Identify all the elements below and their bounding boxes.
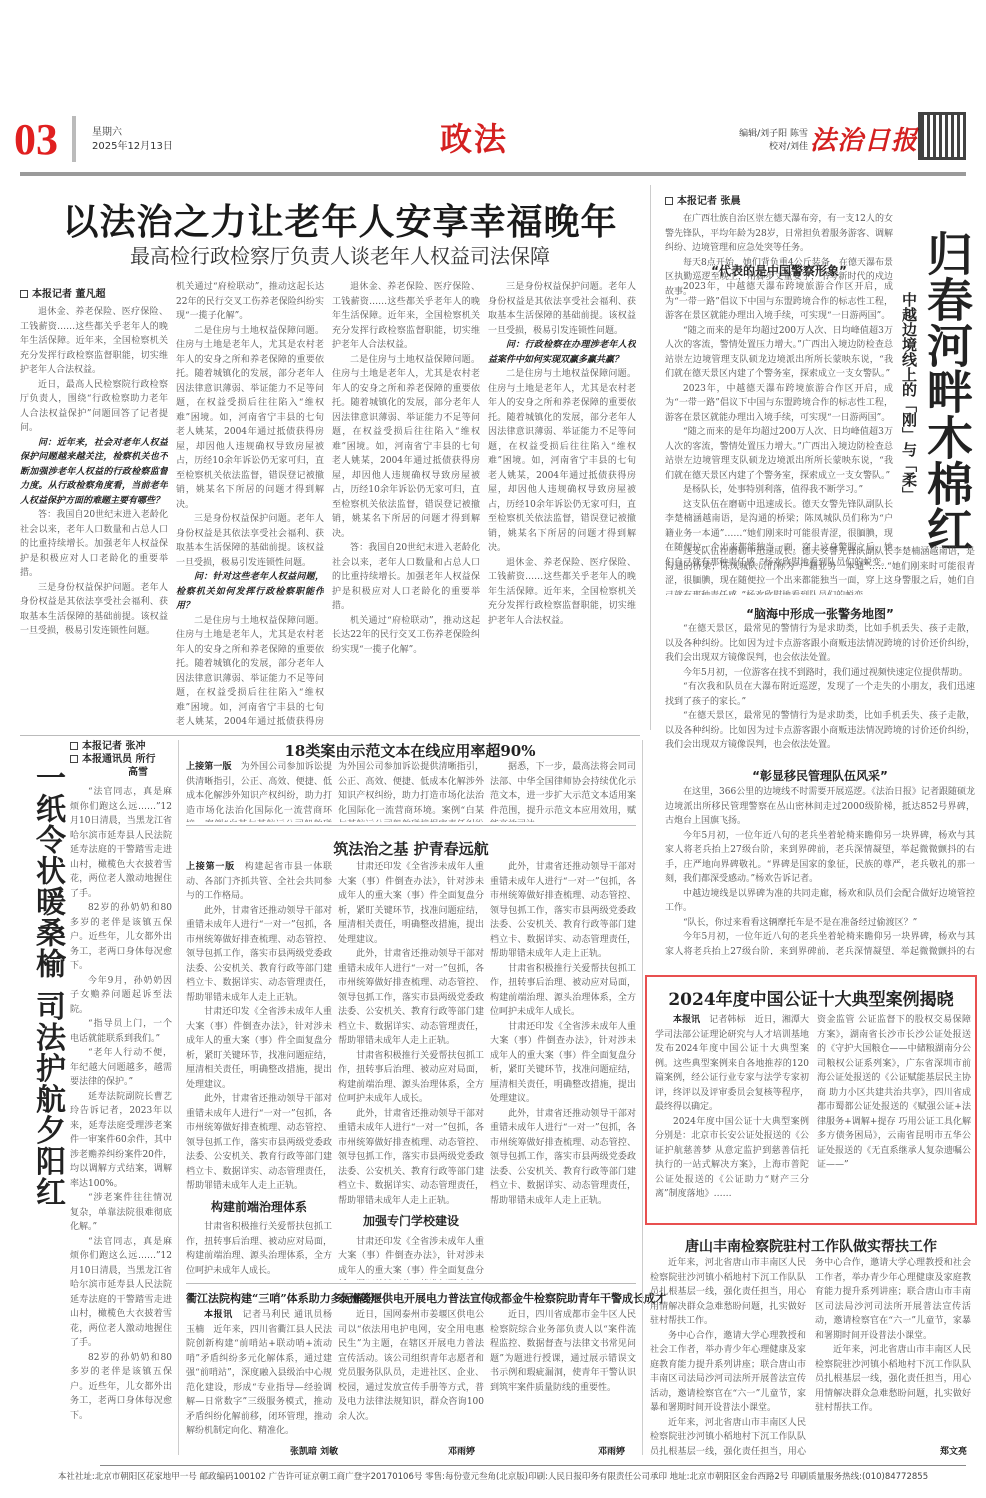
- interview-question: 问：针对这些老年人权益问题，检察机关如何发挥行政检察职能作用？: [176, 570, 324, 614]
- notary-title: 2024年度中国公证十大典型案例揭晓: [647, 985, 975, 1010]
- column-divider: [178, 740, 179, 1455]
- page-number-divider: [72, 116, 76, 162]
- byline-box-icon: [70, 742, 78, 750]
- interview-question: 问：行政检察在办理涉老年人权益案件中如何实现双赢多赢共赢？: [488, 338, 636, 367]
- youth-col-2: 甘肃还印发《全省涉未成年人重大案（事）件倒查办法》，针对涉未成年人的重大案（事）…: [338, 860, 484, 1280]
- border-section-3-title: “彰显移民管理队伍风采”: [665, 767, 975, 784]
- tangshan-title: 唐山丰南检察院驻村工作队做实帮扶工作: [645, 1236, 977, 1256]
- editor-credits: 编辑/刘子阳 陈雪 校对/刘佳: [690, 128, 808, 154]
- editors: 编辑/刘子阳 陈雪: [690, 128, 808, 141]
- section-divider: [186, 825, 636, 826]
- border-byline: 本报记者 张晨: [665, 192, 740, 207]
- lead-column-2: 机关通过“府检联动”，推动这起长达22年的民行交叉工伤养老保险纠纷实现“一揽子化…: [176, 280, 324, 730]
- notary-col-2: 资金监管 公证监督下的股权交易保障方案》，湖南省长沙市长沙公证处报送的《守护大国…: [817, 1013, 971, 1219]
- youth-col-1: 上接第一版 构建起省市县一体联动、各部门齐抓共管、全社会共同参与的工作格局。 此…: [186, 860, 332, 1280]
- border-section-1-title: “代表的是中国警察形象”: [665, 262, 893, 279]
- weekday: 星期六: [92, 126, 173, 140]
- lead-byline: 本报记者 董凡超: [20, 285, 105, 300]
- youth-col-3: 此外，甘肃省还推动领导干部对重错未成年人进行“一对一”包抓，各市州统筹做好排查梳…: [490, 860, 636, 1280]
- section-divider: [186, 1283, 636, 1284]
- qujiang-signature: 张凯暗 刘敏: [290, 1444, 338, 1457]
- border-story-title: 归春河畔木棉红: [922, 230, 972, 552]
- border-section-3: 在这里，366公里的边境线不时需要开展巡逻。《法治日报》记者跟随硕龙边境派出所移…: [665, 785, 975, 955]
- notary-story-box: 2024年度中国公证十大典型案例揭晓 本报讯 记者韩标 近日，湘潭大学司法部公证…: [645, 975, 977, 1225]
- tangshan-signature: 郑文亮: [940, 1444, 967, 1457]
- lead-column-4: 三是身份权益保护问题。老年人身份权益是其依法享受社会福利、获取基本生活保障的基础…: [488, 280, 636, 730]
- date: 2025年12月13日: [92, 140, 173, 154]
- column-divider: [650, 185, 651, 730]
- brief-18-title: 18类案由示范文本在线应用率超90%: [190, 740, 630, 761]
- side-byline: 本报记者 张冲 本报通讯员 所行 高雪: [70, 740, 155, 779]
- taizhou-signature: 邓雨婷: [448, 1444, 475, 1457]
- border-section-2: “在德天景区，最常见的警情行为是求助类，比如手机丢失、孩子走散，以及各种纠纷。比…: [665, 622, 975, 762]
- qujiang-body: 本报讯 记者马利民 通讯员杨玉楠 近年来，四川省衢江县人民法院创新构建“前哨站+…: [186, 1308, 332, 1442]
- qr-code-icon: [918, 112, 966, 160]
- border-story-subtitle: 中越边境线上的「刚」与「柔」: [900, 292, 918, 502]
- chengdu-body: 近日，四川省成都市金牛区人民检察院综合业务部负责人以“案件流程监控、数据督查与法…: [490, 1308, 636, 1442]
- newspaper-logo: 法治日报: [810, 120, 918, 157]
- masthead: 03 星期六 2025年12月13日 政法 编辑/刘子阳 陈雪 校对/刘佳 法治…: [0, 100, 986, 170]
- chengdu-title: 成都金牛检察院助青年干警成长成才: [490, 1290, 636, 1306]
- masthead-rule: [20, 172, 966, 176]
- footer-imprint: 本社社址:北京市朝阳区花家地甲一号 邮政编码100102 广告许可证京朝工商广登…: [0, 1470, 986, 1482]
- youth-subsection-title: 构建前端治理体系: [186, 1200, 332, 1215]
- lead-column-1: 退休金、养老保险、医疗保险、工钱薪资……这些都关乎老年人的晚年生活保障。近年来，…: [20, 305, 168, 730]
- lead-headline: 以法治之力让老年人安享幸福晚年: [30, 194, 650, 245]
- byline-box-icon: [70, 755, 78, 763]
- column-divider: [642, 740, 643, 1455]
- tangshan-col-2: 务中心合作，邀请大学心理教授和社会工作者，举办青少年心理健康及家庭教育能力提升系…: [815, 1256, 971, 1440]
- byline-box-icon: [20, 290, 28, 298]
- page-number: 03: [14, 118, 58, 162]
- lead-column-3: 退休金、养老保险、医疗保险、工钱薪资……这些都关乎老年人的晚年生活保障。近年来，…: [332, 280, 480, 730]
- taizhou-title: 泰州姜堰供电开展电力普法宣传: [338, 1290, 484, 1306]
- section-divider: [20, 735, 640, 736]
- section-title: 政法: [440, 114, 508, 160]
- youth-story-title: 筑法治之基 护青春远航: [186, 838, 636, 859]
- lead-subhead: 最高检行政检察厅负责人谈老年人权益司法保障: [30, 240, 650, 269]
- brief-18-col-3: 据悉，下一步，最高法将会同司法部、中华全国律师协会持续优化示范文本，进一步扩大示…: [490, 760, 636, 822]
- qujiang-title: 衢江法院构建“三哨”体系助力多元解纷: [186, 1290, 332, 1306]
- issue-date: 星期六 2025年12月13日: [92, 126, 173, 154]
- tangshan-col-1: 近年来，河北省唐山市丰南区人民检察院驻沙河镇小稻地村下沉工作队队员扎根基层一线，…: [650, 1256, 806, 1456]
- youth-subsection-title: 加强专门学校建设: [338, 1214, 484, 1229]
- taizhou-body: 近日，国网泰州市姜堰区供电公司以“依法用电护电网，安全用电惠民生”为主题，在辖区…: [338, 1308, 484, 1442]
- chengdu-signature: 邓雨婷: [598, 1444, 625, 1457]
- footer-rule: [100, 1465, 966, 1466]
- border-section-2-title: “脑海中形成一张警务地图”: [665, 605, 975, 622]
- proofreader: 校对/刘佳: [690, 141, 808, 154]
- interview-question: 问：近年来，社会对老年人权益保护问题越来越关注，检察机关也不断加强涉老年人权益的…: [20, 436, 168, 509]
- notary-col-1: 本报讯 记者韩标 近日，湘潭大学司法部公证理论研究与人才培训基地发布2024年度…: [655, 1013, 809, 1219]
- brief-18-col-1: 上接第一版 为外国公司参加诉讼提供清晰指引，公正、高效、便捷、低成本化解涉外知识…: [186, 760, 332, 822]
- border-section-1-end: 这支队伍在磨砺中迅速成长。德天女警先锋队副队长李楚楠涵越南语，是沟通的桥梁；陈凤…: [665, 545, 975, 595]
- side-story-body: “法官同志，真是麻烦你们跑这么远……”12月10日清晨，当黑龙江省哈尔滨市延寿县…: [70, 785, 172, 1455]
- side-story-title: 一纸令状暖桑榆 司法护航夕阳红: [30, 762, 64, 1207]
- border-section-1: 2023年，中越德天瀑布跨境旅游合作区开启，成为“一带一路”倡议下中国与东盟跨境…: [665, 280, 893, 580]
- byline-box-icon: [665, 197, 673, 205]
- brief-18-col-2: 为外国公司参加诉讼提供清晰指引，公正、高效、便捷、低成本化解涉外知识产权纠纷，助…: [338, 760, 484, 822]
